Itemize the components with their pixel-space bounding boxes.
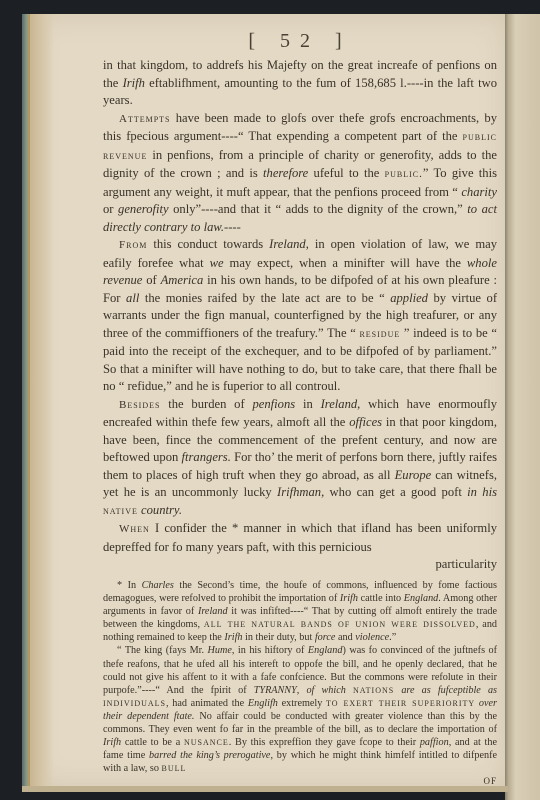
italic-run: Ireland <box>198 606 228 617</box>
text-run: in their duty, but <box>243 632 315 643</box>
text-run: .” <box>389 632 396 643</box>
text-run <box>346 685 353 696</box>
italic-run: England <box>308 645 343 656</box>
text-run: or <box>103 202 118 216</box>
text-run: extremely <box>278 698 326 709</box>
text-run: eftablifhment, amounting to the fum of 1… <box>103 76 497 108</box>
text-run: , who can get a good poft <box>321 485 467 499</box>
text-run: may expect, when a minifter will have th… <box>224 256 467 270</box>
italic-run: Irifh <box>224 632 242 643</box>
text-run: * In <box>117 580 142 591</box>
italic-run: Irifhman <box>277 485 321 499</box>
page-number-head: [ 52 ] <box>103 30 497 53</box>
italic-run: America <box>161 273 204 287</box>
small-caps-run: all the natural bands of union were diss… <box>204 618 476 630</box>
small-caps-run: nusance <box>184 736 229 748</box>
italic-run: Irifh <box>103 737 121 748</box>
italic-run: Europe <box>395 468 432 482</box>
page-text-block: [ 52 ] in that kingdom, to addrefs his M… <box>103 30 497 786</box>
italic-run: in his <box>467 485 497 499</box>
small-caps-run: to exert their superiority <box>326 697 475 709</box>
small-caps-run: When <box>119 523 150 535</box>
italic-run: force <box>315 632 336 643</box>
italic-run: Irifh <box>340 593 358 604</box>
text-run: of <box>142 273 160 287</box>
italic-run: Hume <box>208 645 232 656</box>
small-caps-run: nations <box>353 684 394 696</box>
text-run: ---- <box>224 220 241 234</box>
text-run: the monies raifed by the late act are to… <box>139 291 390 305</box>
text-run: cattle to be a <box>121 737 184 748</box>
text-run: I confider the * manner in which that if… <box>103 521 497 554</box>
footnotes: * In Charles the Second’s time, the houf… <box>103 579 497 775</box>
text-run: , had animated the <box>166 698 248 709</box>
body-paragraph: in that kingdom, to addrefs his Majefty … <box>103 57 497 110</box>
italic-run: country. <box>141 503 182 517</box>
italic-run: paffion <box>420 737 449 748</box>
italic-run: Englifh <box>248 698 278 709</box>
small-caps-run: Besides <box>119 399 160 411</box>
italic-run: Irifh <box>123 76 145 90</box>
italic-run: violence <box>355 632 389 643</box>
text-run: the burden of <box>160 397 252 411</box>
text-run: and <box>335 632 355 643</box>
small-caps-run: bull <box>161 762 186 774</box>
footnote-paragraph: * In Charles the Second’s time, the houf… <box>103 579 497 644</box>
body-paragraph: When I confider the * manner in which th… <box>103 520 497 556</box>
small-caps-run: native <box>103 505 138 517</box>
footnote-catchword: OF <box>103 776 497 786</box>
italic-run: applied <box>390 291 428 305</box>
italic-run: are as fufceptible as <box>401 685 497 696</box>
text-run: , in his hiftory of <box>232 645 308 656</box>
italic-run: TYRANNY <box>254 685 297 696</box>
text-run: “ The king (fays Mr. <box>117 645 208 656</box>
footnote-paragraph: “ The king (fays Mr. Hume, in his hiftor… <box>103 644 497 775</box>
italic-run: England <box>404 593 439 604</box>
catchword: particularity <box>103 556 497 573</box>
text-run: in <box>295 397 320 411</box>
italic-run: penfions <box>252 397 295 411</box>
small-caps-run: residue <box>359 328 400 340</box>
italic-run: of which <box>306 685 345 696</box>
body-paragraph: Besides the burden of penfions in Irelan… <box>103 396 497 521</box>
italic-run: charity <box>461 185 497 199</box>
italic-run: therefore <box>263 166 308 180</box>
body-text: in that kingdom, to addrefs his Majefty … <box>103 57 497 556</box>
text-run: ufeful to the <box>308 166 384 180</box>
italic-run: Ireland <box>269 237 306 251</box>
italic-run: Ireland <box>321 397 358 411</box>
body-paragraph: From this conduct towards Ireland, in op… <box>103 236 497 396</box>
text-run: cattle into <box>358 593 404 604</box>
italic-run: offices <box>349 415 382 429</box>
page-gutter-shadow <box>30 14 54 789</box>
text-run: only”----and that it “ adds to the digni… <box>169 202 468 216</box>
italic-run: all <box>126 291 139 305</box>
small-caps-run: From <box>119 239 147 251</box>
page-bottom-edge <box>22 786 508 792</box>
text-run: this conduct towards <box>147 237 269 251</box>
small-caps-run: individuals <box>103 697 166 709</box>
small-caps-run: Attempts <box>119 113 171 125</box>
text-run: , <box>297 685 307 696</box>
italic-run: barred the king’s prerogative <box>149 750 270 761</box>
italic-run: Charles <box>142 580 174 591</box>
next-page-edge <box>505 14 540 800</box>
text-run: . By this expreffion they gave fcope to … <box>229 737 420 748</box>
italic-run: generofity <box>118 202 169 216</box>
small-caps-run: public. <box>385 168 423 180</box>
body-paragraph: Attempts have been made to glofs over th… <box>103 110 497 237</box>
italic-run: ftrangers. <box>182 450 231 464</box>
italic-run: we <box>210 256 224 270</box>
